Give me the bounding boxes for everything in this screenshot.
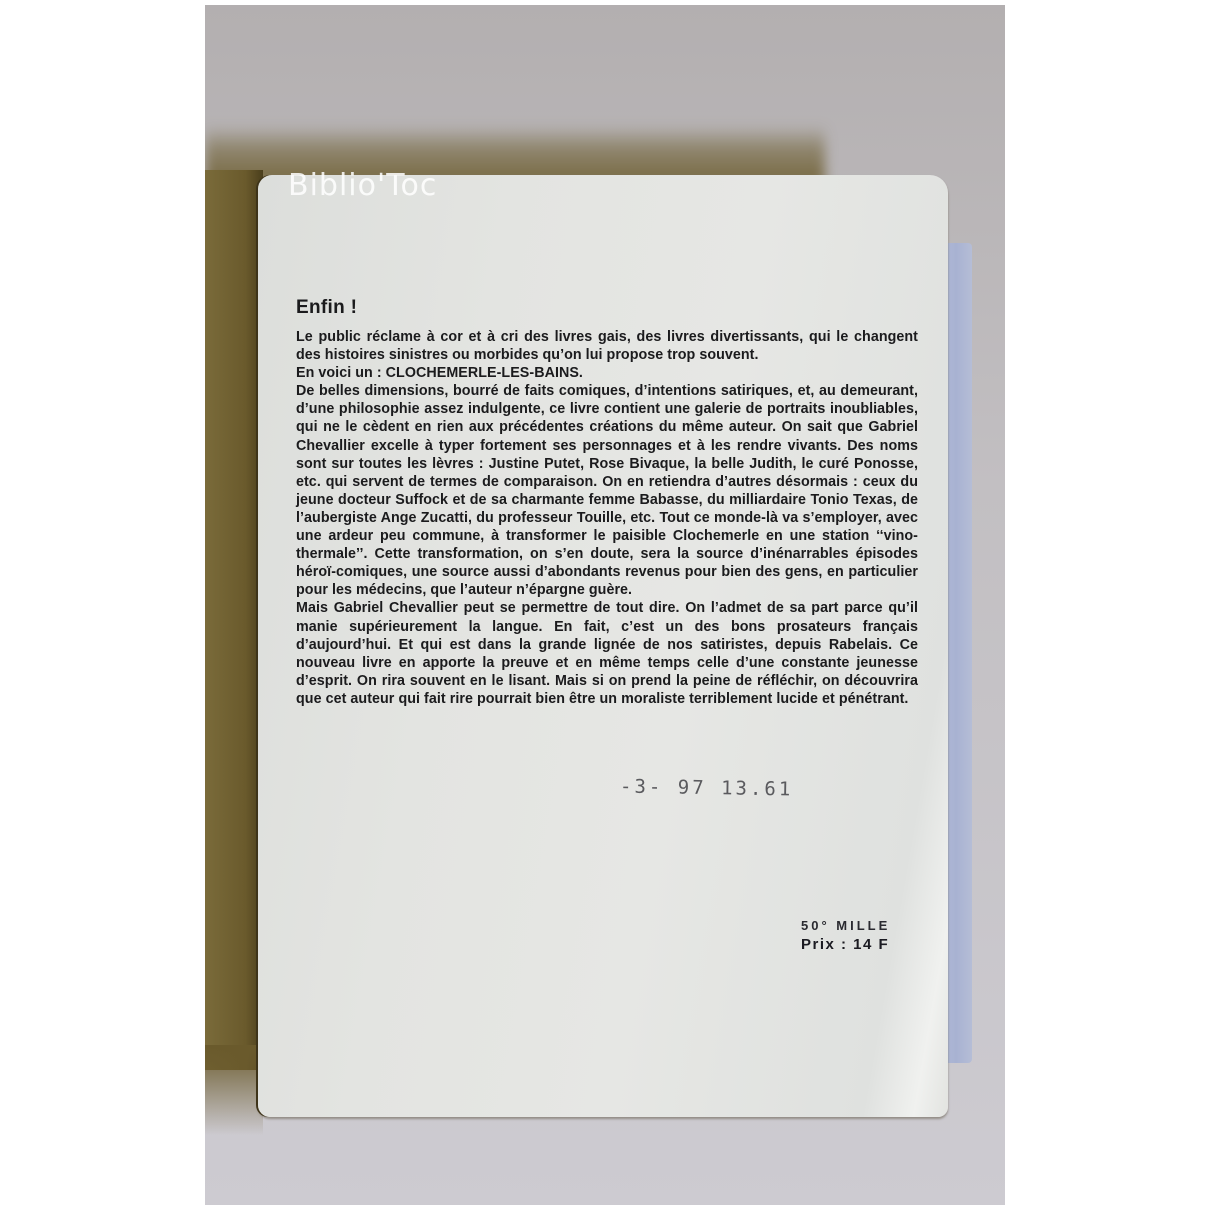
blurb-paragraph-1: Le public réclame à cor et à cri des liv… bbox=[296, 328, 918, 364]
price: Prix : 14 F bbox=[801, 936, 889, 953]
blurb-paragraph-4: Mais Gabriel Chevallier peut se permettr… bbox=[296, 599, 918, 708]
blurb-title: Enfin ! bbox=[296, 296, 918, 320]
blurb-paragraph-2: En voici un : CLOCHEMERLE-LES-BAINS. bbox=[296, 364, 918, 382]
cover-blurb: Enfin ! Le public réclame à cor et à cri… bbox=[296, 296, 918, 708]
book-photo: Biblio'Toc Enfin ! Le public réclame à c… bbox=[205, 5, 1005, 1205]
shadow-left-fade bbox=[205, 1045, 263, 1135]
print-run: 50° MILLE bbox=[801, 918, 890, 933]
blurb-paragraph-3: De belles dimensions, bourré de faits co… bbox=[296, 382, 918, 599]
shadow-left bbox=[205, 170, 263, 1070]
watermark: Biblio'Toc bbox=[288, 168, 437, 203]
handwritten-code: -3- 97 13.61 bbox=[620, 775, 794, 800]
